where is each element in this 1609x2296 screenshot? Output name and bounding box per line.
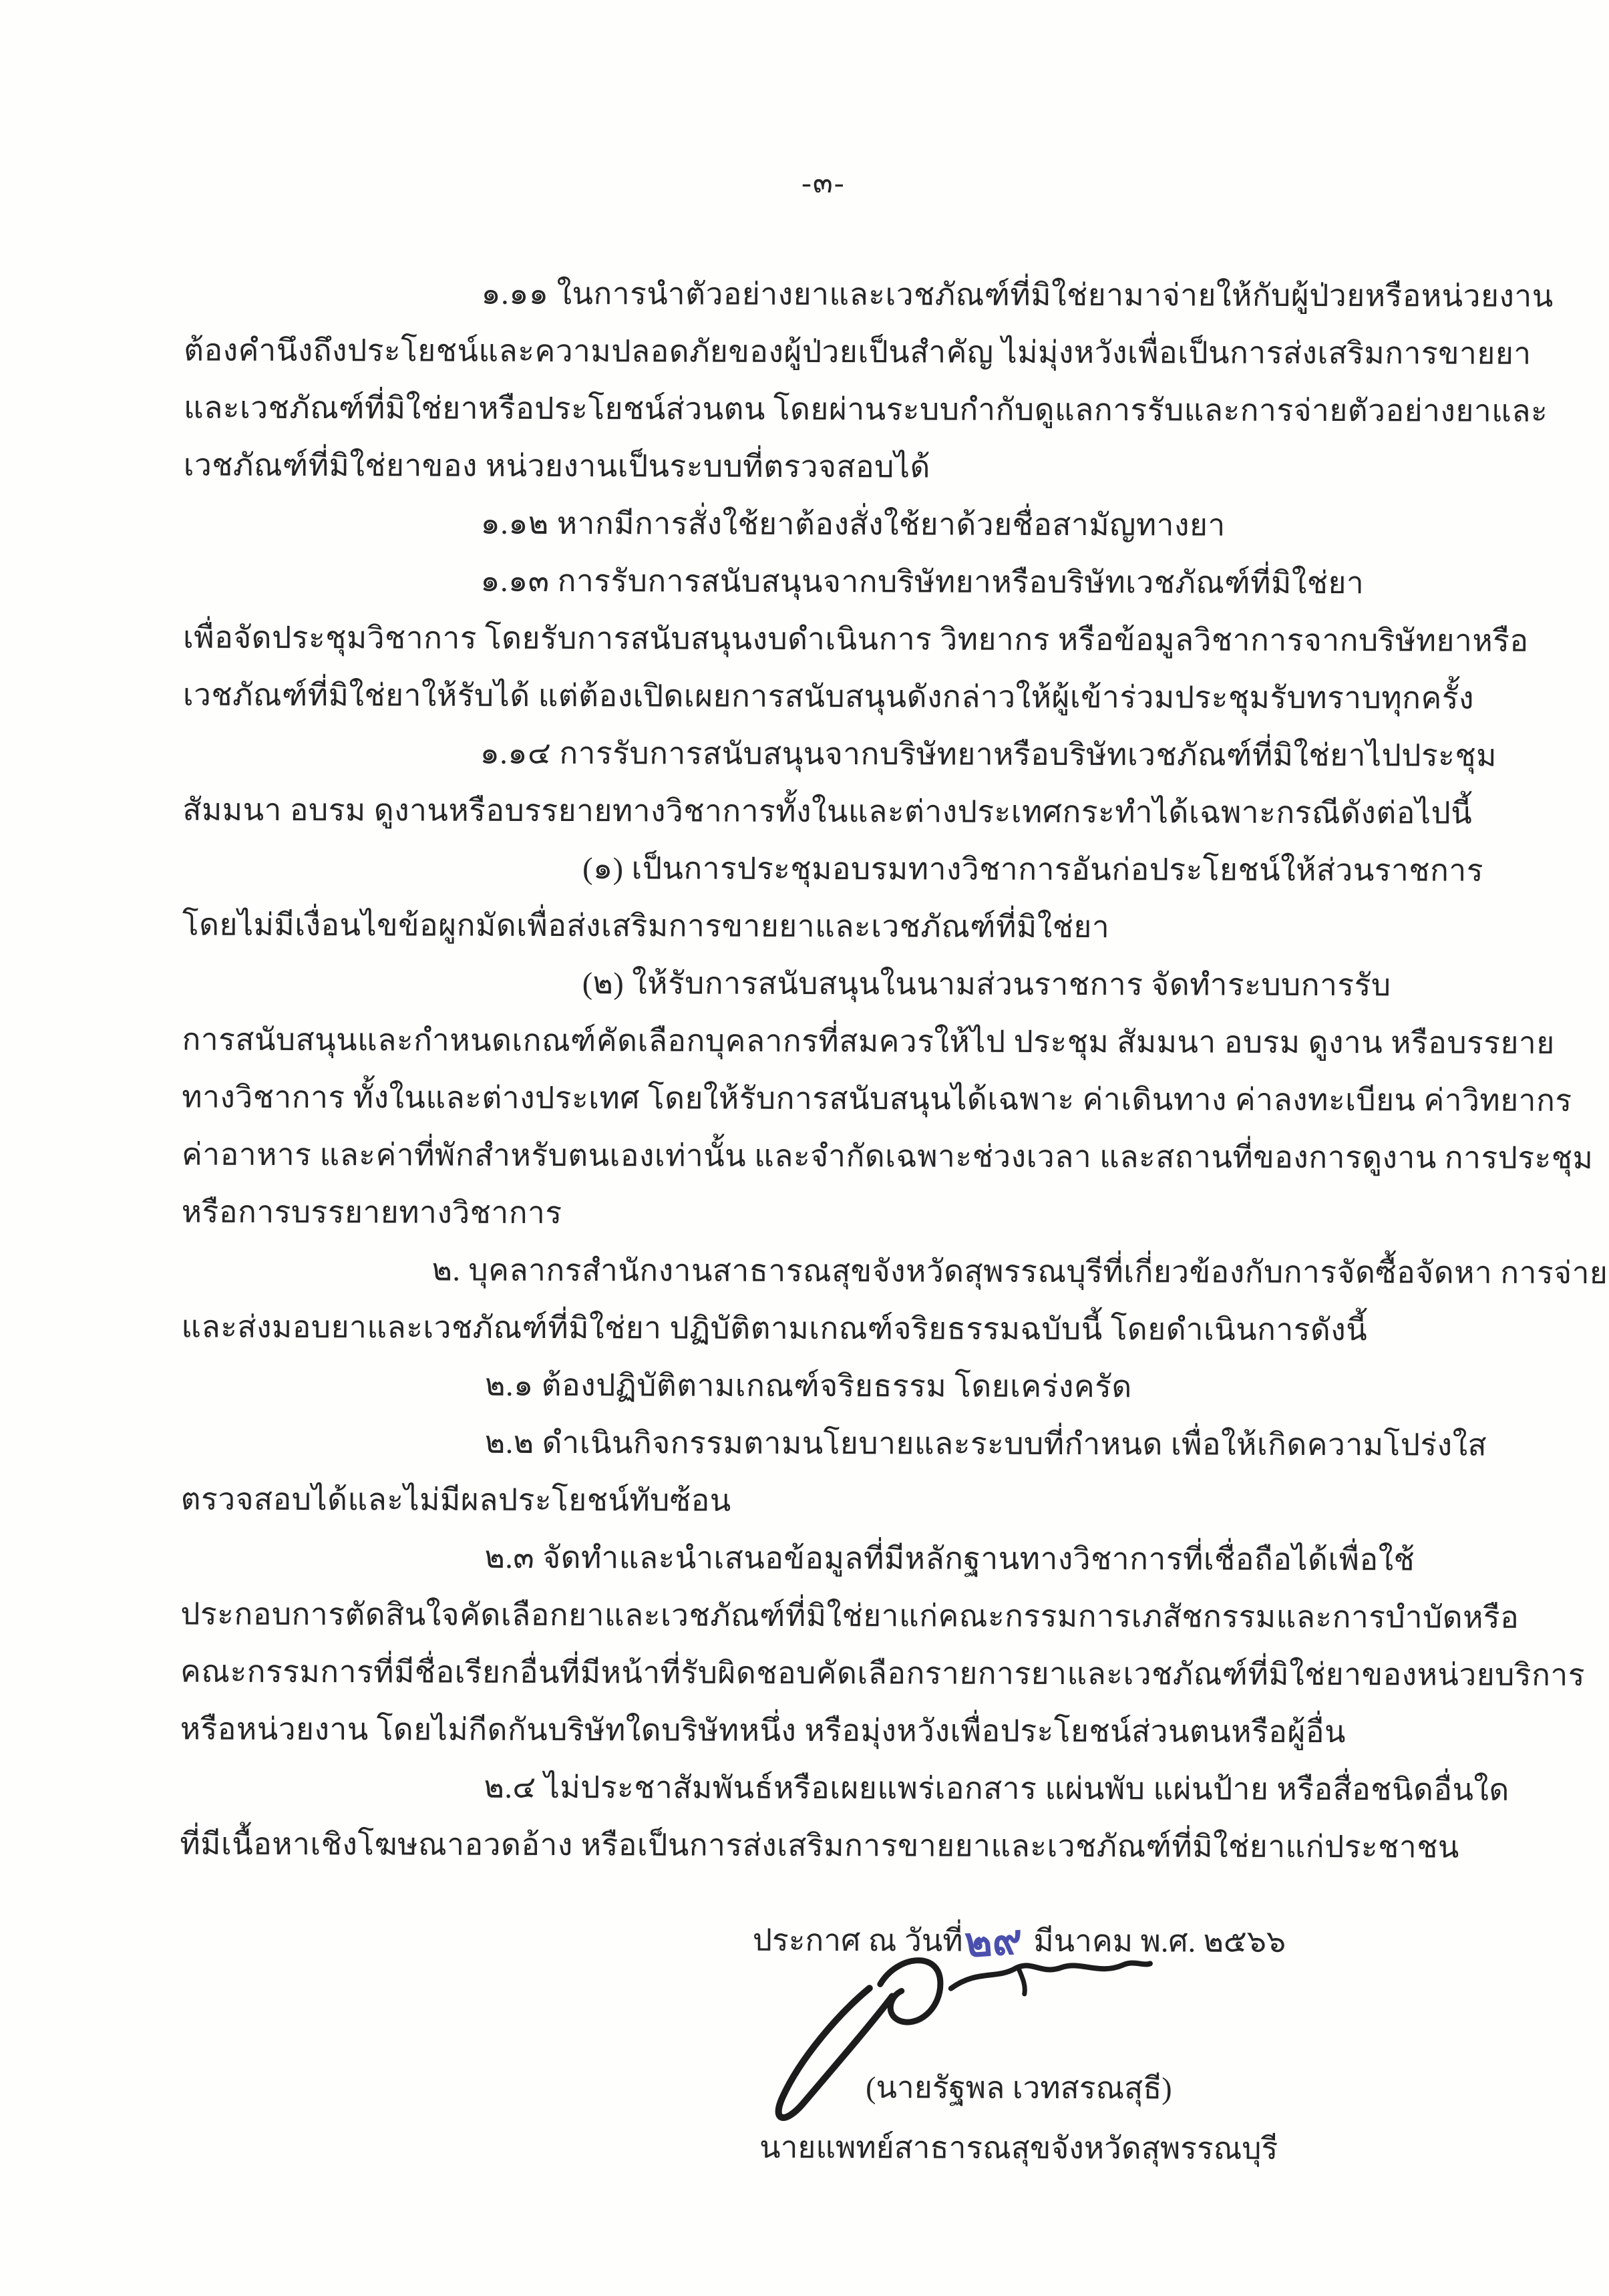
document-page: -๓- ๑.๑๑ ในการนำตัวอย่างยาและเวชภัณฑ์ที่… — [0, 0, 1609, 2296]
text-line: เวชภัณฑ์ที่มิใช่ยาของ หน่วยงานเป็นระบบที… — [184, 446, 930, 486]
text-line: (๒) ให้รับการสนับสนุนในนามส่วนราชการ จัด… — [582, 964, 1391, 1005]
text-line: คณะกรรมการที่มีชื่อเรียกอื่นที่มีหน้าที่… — [180, 1653, 1585, 1695]
text-line: สัมมนา อบรม ดูงานหรือบรรยายทางวิชาการทั้… — [182, 791, 1472, 833]
signer-title: นายแพทย์สาธารณสุขจังหวัดสุพรรณบุรี — [691, 2123, 1346, 2174]
text-line: ตรวจสอบได้และไม่มีผลประโยชน์ทับซ้อน — [181, 1480, 731, 1520]
page-number: -๓- — [770, 159, 877, 206]
text-line: และเวชภัณฑ์ที่มิใช่ยาหรือประโยชน์ส่วนตน … — [184, 389, 1548, 431]
text-line: ที่มีเนื้อหาเชิงโฆษณาอวดอ้าง หรือเป็นการ… — [180, 1825, 1459, 1867]
signer-name: (นายรัฐพล เวทสรณสุธี) — [691, 2063, 1346, 2114]
text-line: ค่าอาหาร และค่าที่พักสำหรับตนเองเท่านั้น… — [182, 1136, 1593, 1178]
text-line: เวชภัณฑ์ที่มิใช่ยาให้รับได้ แต่ต้องเปิดเ… — [183, 676, 1474, 718]
text-line: หรือการบรรยายทางวิชาการ — [182, 1193, 562, 1233]
text-line: ทางวิชาการ ทั้งในและต่างประเทศ โดยให้รับ… — [182, 1078, 1572, 1120]
handwritten-day: ๒๙ — [964, 1939, 1022, 1943]
text-line: ๒. บุคลากรสำนักงานสาธารณสุขจังหวัดสุพรรณ… — [432, 1251, 1608, 1293]
text-line: ประกอบการตัดสินใจคัดเลือกยาและเวชภัณฑ์ที… — [180, 1595, 1519, 1637]
text-line: ๒.๔ ไม่ประชาสัมพันธ์หรือเผยแพร่เอกสาร แผ… — [484, 1768, 1509, 1810]
text-line: ต้องคำนึงถึงประโยชน์และความปลอดภัยของผู้… — [184, 331, 1532, 373]
text-line: ๒.๓ จัดทำและนำเสนอข้อมูลที่มีหลักฐานทางว… — [484, 1538, 1415, 1579]
text-line: (๑) เป็นการประชุมอบรมทางวิชาการอันก่อประ… — [582, 849, 1483, 890]
document-text: ๑.๑๑ ในการนำตัวอย่างยาและเวชภัณฑ์ที่มิใช… — [3, 0, 1609, 2]
text-line: และส่งมอบยาและเวชภัณฑ์ที่มิใช่ยา ปฏิบัติ… — [181, 1308, 1367, 1349]
text-line: ๒.๑ ต้องปฏิบัติตามเกณฑ์จริยธรรม โดยเคร่ง… — [485, 1366, 1132, 1406]
scan-content: -๓- ๑.๑๑ ในการนำตัวอย่างยาและเวชภัณฑ์ที่… — [0, 0, 1609, 2296]
text-line: เพื่อจัดประชุมวิชาการ โดยรับการสนับสนุนง… — [183, 619, 1529, 661]
text-line: ๑.๑๒ หากมีการสั่งใช้ยาต้องสั่งใช้ยาด้วยช… — [480, 504, 1225, 544]
text-line: ๑.๑๔ การรับการสนับสนุนจากบริษัทยาหรือบริ… — [480, 734, 1497, 775]
text-line: ๑.๑๑ ในการนำตัวอย่างยาและเวชภัณฑ์ที่มิใช… — [481, 275, 1553, 316]
text-line: โดยไม่มีเงื่อนไขข้อผูกมัดเพื่อส่งเสริมกา… — [182, 906, 1109, 947]
text-line: ๒.๒ ดำเนินกิจกรรมตามนโยบายและระบบที่กำหน… — [485, 1424, 1487, 1464]
text-line: หรือหน่วยงาน โดยไม่กีดกันบริษัทใดบริษัทห… — [180, 1710, 1346, 1752]
text-line: ๑.๑๓ การรับการสนับสนุนจากบริษัทยาหรือบริ… — [480, 562, 1364, 603]
text-line: การสนับสนุนและกำหนดเกณฑ์คัดเลือกบุคลากรท… — [182, 1021, 1554, 1063]
